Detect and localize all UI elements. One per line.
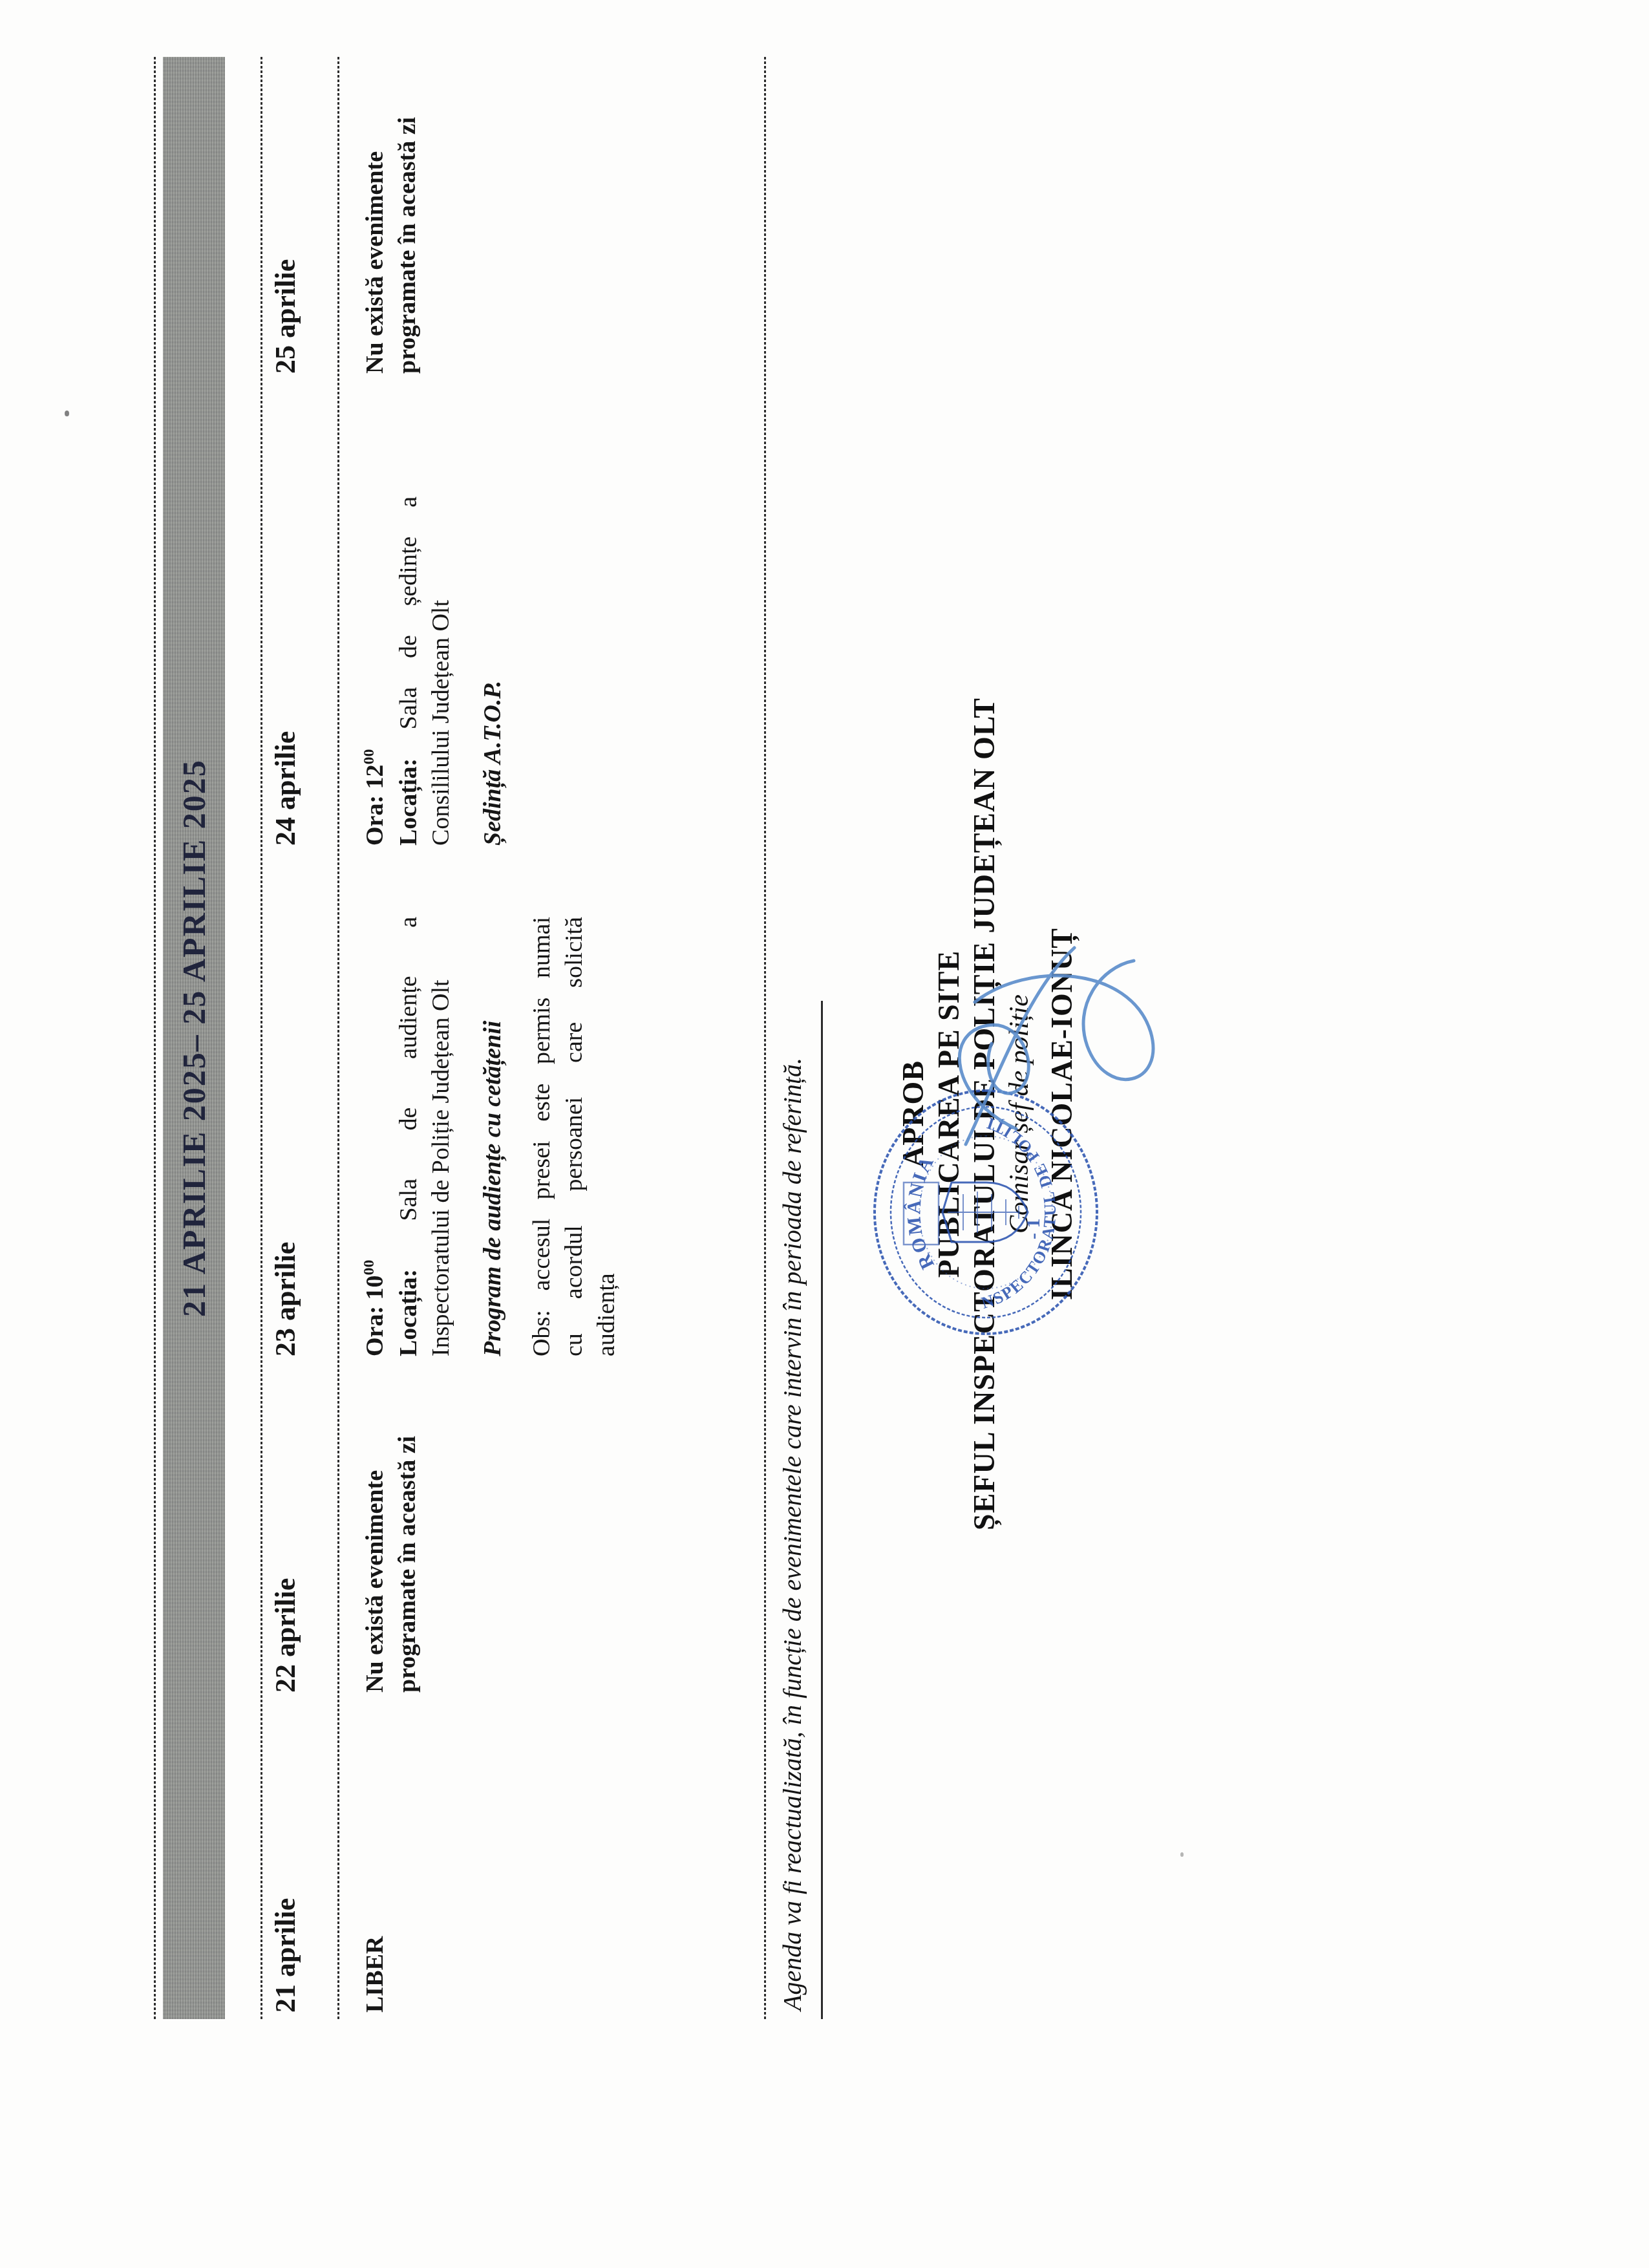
footer-note: Agenda va fi reactualizată, în funcție d… bbox=[777, 1058, 807, 2011]
obs-line: Obs: accesul presei este permis numai bbox=[526, 917, 558, 1356]
obs-paragraph: Obs: accesul presei este permis numai cu… bbox=[526, 917, 622, 1356]
location-paragraph: Locația: Sala de audiențe a Inspectoratu… bbox=[392, 917, 457, 1356]
time-superscript: 00 bbox=[361, 749, 378, 764]
date-label: 22 aprilie bbox=[270, 1578, 301, 1693]
stamp-number: - 1 bbox=[1023, 1219, 1044, 1240]
footer-underline bbox=[821, 1001, 823, 2019]
time-value: Ora: 10 bbox=[361, 1275, 388, 1356]
date-cell-23: 23 aprilie bbox=[262, 852, 337, 1363]
date-cell-22: 22 aprilie bbox=[262, 1363, 337, 1699]
scanned-page: 21 APRILIE 2025– 25 APRILIE 2025 21 apri… bbox=[0, 0, 1649, 2268]
title-gap-below bbox=[225, 57, 261, 2019]
agenda-table: 21 APRILIE 2025– 25 APRILIE 2025 21 apri… bbox=[154, 57, 766, 2019]
day-cell-25: Nu există evenimente programate în aceas… bbox=[339, 57, 764, 380]
obs-line: cu acordul persoanei care solicită bbox=[558, 917, 590, 1356]
location-text: Sala de audiențe a bbox=[395, 917, 422, 1221]
time-value: Ora: 12 bbox=[361, 764, 388, 846]
no-events-line: Nu există evenimente bbox=[359, 1363, 391, 1693]
time-line: Ora: 1000 bbox=[359, 852, 391, 1356]
day-cell-21: LIBER bbox=[339, 1699, 764, 2019]
location-line: Inspectoratului de Poliție Județean Olt bbox=[425, 917, 457, 1356]
svg-text:ROMÂNIA: ROMÂNIA bbox=[903, 1152, 939, 1273]
time-line: Ora: 1200 bbox=[359, 380, 391, 846]
scan-artifact-dot bbox=[1180, 1852, 1184, 1857]
scan-artifact-dot bbox=[65, 411, 69, 416]
date-label: 21 aprilie bbox=[270, 1898, 301, 2013]
no-events-line: Nu există evenimente bbox=[359, 57, 391, 374]
location-paragraph: Locația: Sala de ședințe a Consililului … bbox=[392, 497, 457, 846]
date-label: 25 aprilie bbox=[270, 259, 301, 374]
obs-line: audiența bbox=[590, 917, 622, 1356]
time-superscript: 00 bbox=[361, 1259, 378, 1275]
event-liber: LIBER bbox=[359, 1699, 391, 2013]
location-label: Locația: bbox=[395, 1269, 422, 1356]
program-line: Program de audiențe cu cetățenii bbox=[476, 852, 509, 1356]
date-cell-25: 25 aprilie bbox=[262, 57, 337, 380]
signature-stroke bbox=[959, 1025, 1028, 1129]
meeting-line: Ședință A.T.O.P. bbox=[476, 380, 509, 846]
title-gap bbox=[156, 57, 163, 2019]
page-title: 21 APRILIE 2025– 25 APRILIE 2025 bbox=[175, 759, 213, 1317]
stamp-arc-top-text: ROMÂNIA bbox=[903, 1152, 939, 1273]
date-label: 23 aprilie bbox=[270, 1242, 301, 1356]
date-header-row: 21 aprilie 22 aprilie 23 aprilie 24 apri… bbox=[262, 57, 337, 2019]
location-line: Locația: Sala de ședințe a bbox=[392, 497, 425, 846]
day-cell-24: Ora: 1200 Locația: Sala de ședințe a Con… bbox=[339, 380, 764, 852]
table-bottom-rule bbox=[764, 57, 766, 2019]
location-text: Sala de ședințe a bbox=[395, 497, 422, 729]
signature-stroke bbox=[966, 948, 1074, 1144]
coat-of-arms-hatch bbox=[948, 1192, 1020, 1233]
day-cell-22: Nu există evenimente programate în aceas… bbox=[339, 1363, 764, 1699]
date-cell-21: 21 aprilie bbox=[262, 1699, 337, 2019]
handwritten-signature bbox=[937, 936, 1183, 1156]
date-cell-24: 24 aprilie bbox=[262, 380, 337, 852]
location-label: Locația: bbox=[395, 758, 422, 846]
location-line: Locația: Sala de audiențe a bbox=[392, 917, 425, 1356]
location-line: Consililului Județean Olt bbox=[425, 497, 457, 846]
rotated-landscape-document: 21 APRILIE 2025– 25 APRILIE 2025 21 apri… bbox=[0, 0, 1649, 2268]
day-cell-23: Ora: 1000 Locația: Sala de audiențe a In… bbox=[339, 852, 764, 1363]
date-label: 24 aprilie bbox=[270, 731, 301, 846]
title-bar: 21 APRILIE 2025– 25 APRILIE 2025 bbox=[163, 57, 225, 2019]
no-events-line: programate în această zi bbox=[391, 1363, 423, 1693]
no-events-line: programate în această zi bbox=[391, 57, 423, 374]
content-row: LIBER Nu există evenimente programate în… bbox=[339, 57, 764, 2019]
